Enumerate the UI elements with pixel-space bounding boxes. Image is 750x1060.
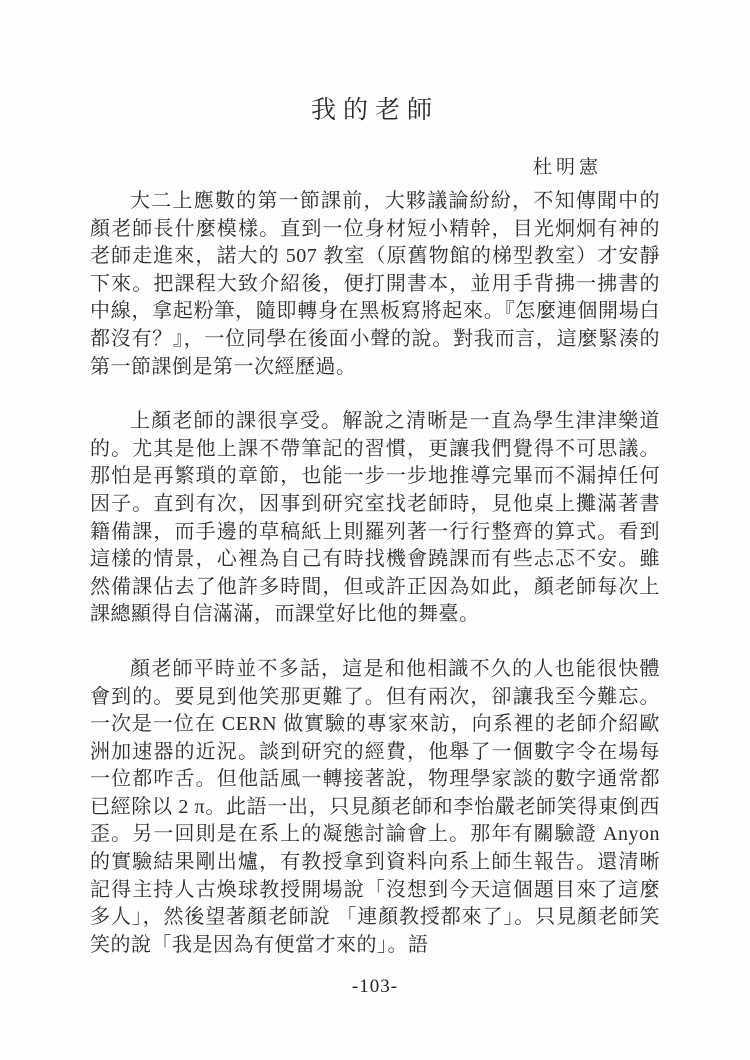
paragraph-1: 大二上應數的第一節課前，大夥議論紛紛，不知傳聞中的顏老師長什麼模樣。直到一位身材… bbox=[90, 188, 660, 381]
paragraph-2: 上顏老師的課很享受。解說之清晰是一直為學生津津樂道的。尤其是他上課不帶筆記的習慣… bbox=[90, 408, 660, 629]
author-name: 杜明憲 bbox=[90, 156, 660, 180]
document-page: 我的老師 杜明憲 大二上應數的第一節課前，大夥議論紛紛，不知傳聞中的顏老師長什麼… bbox=[0, 0, 750, 1060]
essay-body: 大二上應數的第一節課前，大夥議論紛紛，不知傳聞中的顏老師長什麼模樣。直到一位身材… bbox=[90, 188, 660, 959]
page-number: -103- bbox=[0, 976, 750, 998]
page-title: 我的老師 bbox=[90, 96, 660, 126]
paragraph-3: 顏老師平時並不多話，這是和他相識不久的人也能很快體會到的。要見到他笑那更難了。但… bbox=[90, 656, 660, 960]
